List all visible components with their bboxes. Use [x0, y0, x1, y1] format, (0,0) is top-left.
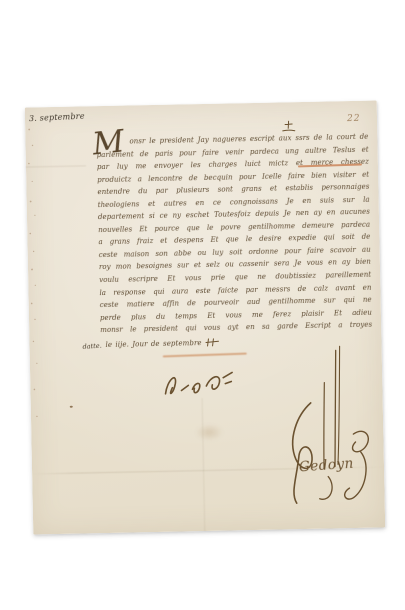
photograph-background: 3. septembre 22 M onsr le president Jay … [0, 0, 405, 610]
folio-number: 22 [347, 114, 361, 124]
dateline-flourish-icon [206, 338, 220, 347]
foxing-specks [25, 111, 44, 441]
dateline: le iije. Jour de septembre [105, 339, 201, 349]
dateline-row: le iije. Jour de septembre [105, 338, 219, 349]
countersignature-flourish-icon [274, 344, 379, 516]
royal-signature-scrawl [159, 362, 244, 406]
archival-date-note: 3. septembre [29, 112, 85, 124]
ink-stain [195, 424, 223, 442]
vertical-crease [202, 398, 206, 531]
letter-body: onsr le president Jay nagueres escript a… [96, 131, 372, 337]
letter-sheet: 3. septembre 22 M onsr le president Jay … [25, 101, 385, 535]
secretary-countersignature: Gedoyn [274, 344, 379, 516]
margin-note: datte. [82, 342, 102, 351]
ink-speck [70, 406, 73, 408]
red-chalk-smear [163, 353, 247, 358]
